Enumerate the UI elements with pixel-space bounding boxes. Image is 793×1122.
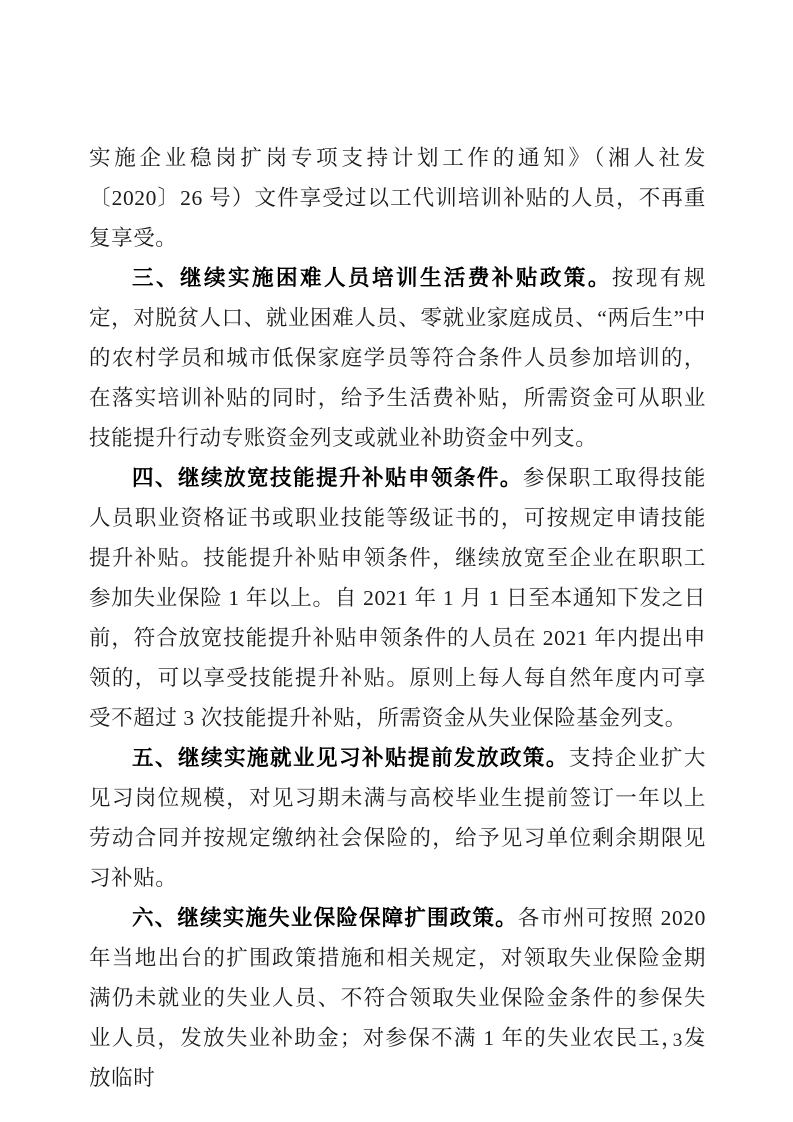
section-heading: 三、继续实施困难人员培训生活费补贴政策。 (132, 266, 612, 290)
paragraph: 五、继续实施就业见习补贴提前发放政策。支持企业扩大见习岗位规模，对见习期未满与高… (89, 738, 706, 898)
paragraph-text: 实施企业稳岗扩岗专项支持计划工作的通知》（湘人社发〔2020〕26 号）文件享受… (89, 146, 706, 250)
paragraph: 六、继续实施失业保险保障扩围政策。各市州可按照 2020 年当地出台的扩围政策措… (89, 898, 706, 1098)
paragraph: 三、继续实施困难人员培训生活费补贴政策。按现有规定，对脱贫人口、就业困难人员、零… (89, 258, 706, 458)
paragraph: 四、继续放宽技能提升补贴申领条件。参保职工取得技能人员职业资格证书或职业技能等级… (89, 458, 706, 738)
paragraph-text: 参保职工取得技能人员职业资格证书或职业技能等级证书的，可按规定申请技能提升补贴。… (89, 466, 706, 730)
document-body: 实施企业稳岗扩岗专项支持计划工作的通知》（湘人社发〔2020〕26 号）文件享受… (89, 138, 706, 1098)
paragraph: 实施企业稳岗扩岗专项支持计划工作的通知》（湘人社发〔2020〕26 号）文件享受… (89, 138, 706, 258)
section-heading: 六、继续实施失业保险保障扩围政策。 (132, 906, 518, 930)
paragraph-text: 各市州可按照 2020 年当地出台的扩围政策措施和相关规定，对领取失业保险金期满… (89, 906, 706, 1090)
paragraph-text: 按现有规定，对脱贫人口、就业困难人员、零就业家庭成员、“两后生”中的农村学员和城… (89, 266, 706, 450)
document-page: 实施企业稳岗扩岗专项支持计划工作的通知》（湘人社发〔2020〕26 号）文件享受… (0, 0, 793, 1122)
section-heading: 四、继续放宽技能提升补贴申领条件。 (132, 466, 523, 490)
section-heading: 五、继续实施就业见习补贴提前发放政策。 (132, 746, 569, 770)
page-number: - 3 - (640, 1030, 720, 1052)
